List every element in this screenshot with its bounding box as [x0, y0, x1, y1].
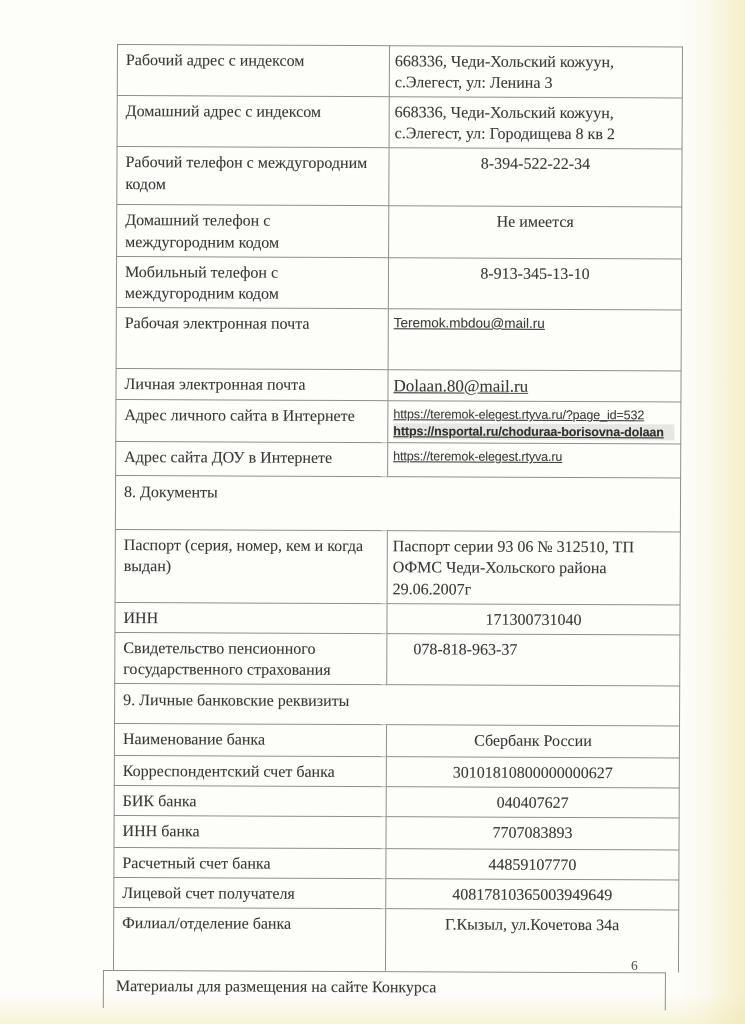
section-header-documents: 8. Документы — [115, 476, 680, 532]
field-label: БИК банка — [114, 786, 386, 817]
materials-section-header: Материалы для размещения на сайте Конкур… — [103, 970, 666, 1010]
value-line: 668336, Чеди-Хольский кожуун, — [395, 102, 676, 124]
value-line: с.Элегест, ул: Городищева 8 кв 2 — [395, 124, 676, 146]
field-value: Не имеется — [389, 206, 682, 258]
table-row-bank-branch: Филиал/отделение банка Г.Кызыл, ул.Кочет… — [113, 908, 678, 972]
field-value: 078-818-963-37 — [387, 633, 680, 685]
table-row-corr-account: Корреспондентский счет банка 30101810800… — [114, 755, 679, 788]
field-value: https://teremok-elegest.rtyva.ru/?page_i… — [388, 401, 681, 444]
table-row-work-address: Рабочий адрес с индексом 668336, Чеди-Хо… — [117, 45, 682, 99]
field-label: Адрес личного сайта в Интернете — [116, 400, 388, 443]
field-label: Корреспондентский счет банка — [114, 755, 386, 786]
table-row-dou-site: Адрес сайта ДОУ в Интернете https://tere… — [116, 442, 681, 478]
work-email-link: Teremok.mbdou@mail.ru — [394, 314, 675, 333]
table-row-mobile-phone: Мобильный телефон с междугородним кодом … — [116, 256, 681, 310]
personal-site-link-1: https://teremok-elegest.rtyva.ru/?page_i… — [393, 407, 674, 425]
table-row-personal-account: Лицевой счет получателя 4081781036500394… — [114, 878, 679, 911]
value-line: с.Элегест, ул: Ленина 3 — [395, 72, 676, 94]
table-row-bik: БИК банка 040407627 — [114, 786, 679, 819]
table-row-pension-certificate: Свидетельство пенсионного государственно… — [115, 632, 680, 686]
field-label: Адрес сайта ДОУ в Интернете — [116, 442, 388, 477]
table-row-inn: ИНН 171300731040 — [115, 602, 680, 635]
table-row-bank-inn: ИНН банка 7707083893 — [114, 816, 679, 850]
table-row-bank-name: Наименование банка Сбербанк России — [114, 723, 679, 757]
table-row-passport: Паспорт (серия, номер, кем и когда выдан… — [115, 530, 680, 605]
field-value: Dolaan.80@mail.ru — [388, 370, 681, 403]
field-label: Расчетный счет банка — [114, 848, 386, 879]
table-row-home-address: Домашний адрес с индексом 668336, Чеди-Х… — [117, 96, 682, 150]
scanned-document-page: Рабочий адрес с индексом 668336, Чеди-Хо… — [0, 0, 745, 1024]
value-line: 668336, Чеди-Хольский кожуун, — [395, 51, 676, 73]
document-body: Рабочий адрес с индексом 668336, Чеди-Хо… — [113, 44, 682, 1010]
table-row-personal-site: Адрес личного сайта в Интернете https://… — [116, 400, 681, 444]
table-row-work-email: Рабочая электронная почта Teremok.mbdou@… — [116, 307, 681, 370]
field-label: Рабочий телефон с междугородним кодом — [117, 147, 389, 206]
applicant-form-table: Рабочий адрес с индексом 668336, Чеди-Хо… — [113, 44, 683, 972]
value-line: 29.06.2007г — [393, 579, 674, 601]
field-value: 44859107770 — [386, 849, 679, 880]
field-value: 8-913-345-13-10 — [388, 257, 681, 309]
field-value: https://teremok-elegest.rtyva.ru — [388, 443, 681, 478]
field-label: ИНН банка — [114, 816, 386, 849]
table-row-settlement-account: Расчетный счет банка 44859107770 — [114, 848, 679, 881]
personal-site-link-2: https://nsportal.ru/choduraa-borisovna-d… — [393, 423, 674, 441]
personal-email-link: Dolaan.80@mail.ru — [393, 375, 674, 399]
field-label: Свидетельство пенсионного государственно… — [115, 632, 387, 684]
field-label: Личная электронная почта — [116, 368, 388, 401]
field-value: 171300731040 — [387, 603, 680, 634]
field-label: Мобильный телефон с междугородним кодом — [116, 256, 388, 308]
field-value: 40817810365003949649 — [386, 879, 679, 910]
dou-site-link: https://teremok-elegest.rtyva.ru — [393, 449, 674, 467]
field-label: Наименование банка — [114, 723, 386, 756]
table-row-personal-email: Личная электронная почта Dolaan.80@mail.… — [116, 368, 681, 402]
field-value: Паспорт серии 93 06 № 312510, ТП ОФМС Че… — [387, 531, 680, 605]
field-value: 30101810800000000627 — [386, 757, 679, 788]
field-label: ИНН — [115, 602, 387, 633]
field-label: Филиал/отделение банка — [113, 908, 385, 971]
value-line: ОФМС Чеди-Хольского района — [393, 558, 674, 580]
field-label: Паспорт (серия, номер, кем и когда выдан… — [115, 530, 387, 604]
field-value: 8-394-522-22-34 — [389, 148, 682, 207]
table-row-section-bank: 9. Личные банковские реквизиты — [115, 683, 680, 725]
table-row-home-phone: Домашний телефон с междугородним кодом Н… — [117, 205, 682, 259]
table-row-work-phone: Рабочий телефон с междугородним кодом 8-… — [117, 147, 682, 207]
field-value: 040407627 — [386, 787, 679, 818]
field-label: Домашний телефон с междугородним кодом — [117, 205, 389, 257]
field-label: Домашний адрес с индексом — [117, 96, 389, 148]
field-value: Teremok.mbdou@mail.ru — [388, 309, 681, 371]
field-value: 668336, Чеди-Хольский кожуун, с.Элегест,… — [389, 46, 682, 98]
field-value: 7707083893 — [386, 817, 679, 850]
value-line: Паспорт серии 93 06 № 312510, ТП — [393, 537, 674, 559]
field-label: Лицевой счет получателя — [114, 878, 386, 909]
section-header-bank: 9. Личные банковские реквизиты — [115, 683, 680, 725]
field-value: Сбербанк России — [386, 725, 679, 758]
table-row-section-documents: 8. Документы — [115, 476, 680, 532]
field-label: Рабочая электронная почта — [116, 307, 388, 369]
field-label: Рабочий адрес с индексом — [117, 45, 389, 97]
page-number: 6 — [631, 958, 638, 974]
field-value: 668336, Чеди-Хольский кожуун, с.Элегест,… — [389, 97, 682, 149]
